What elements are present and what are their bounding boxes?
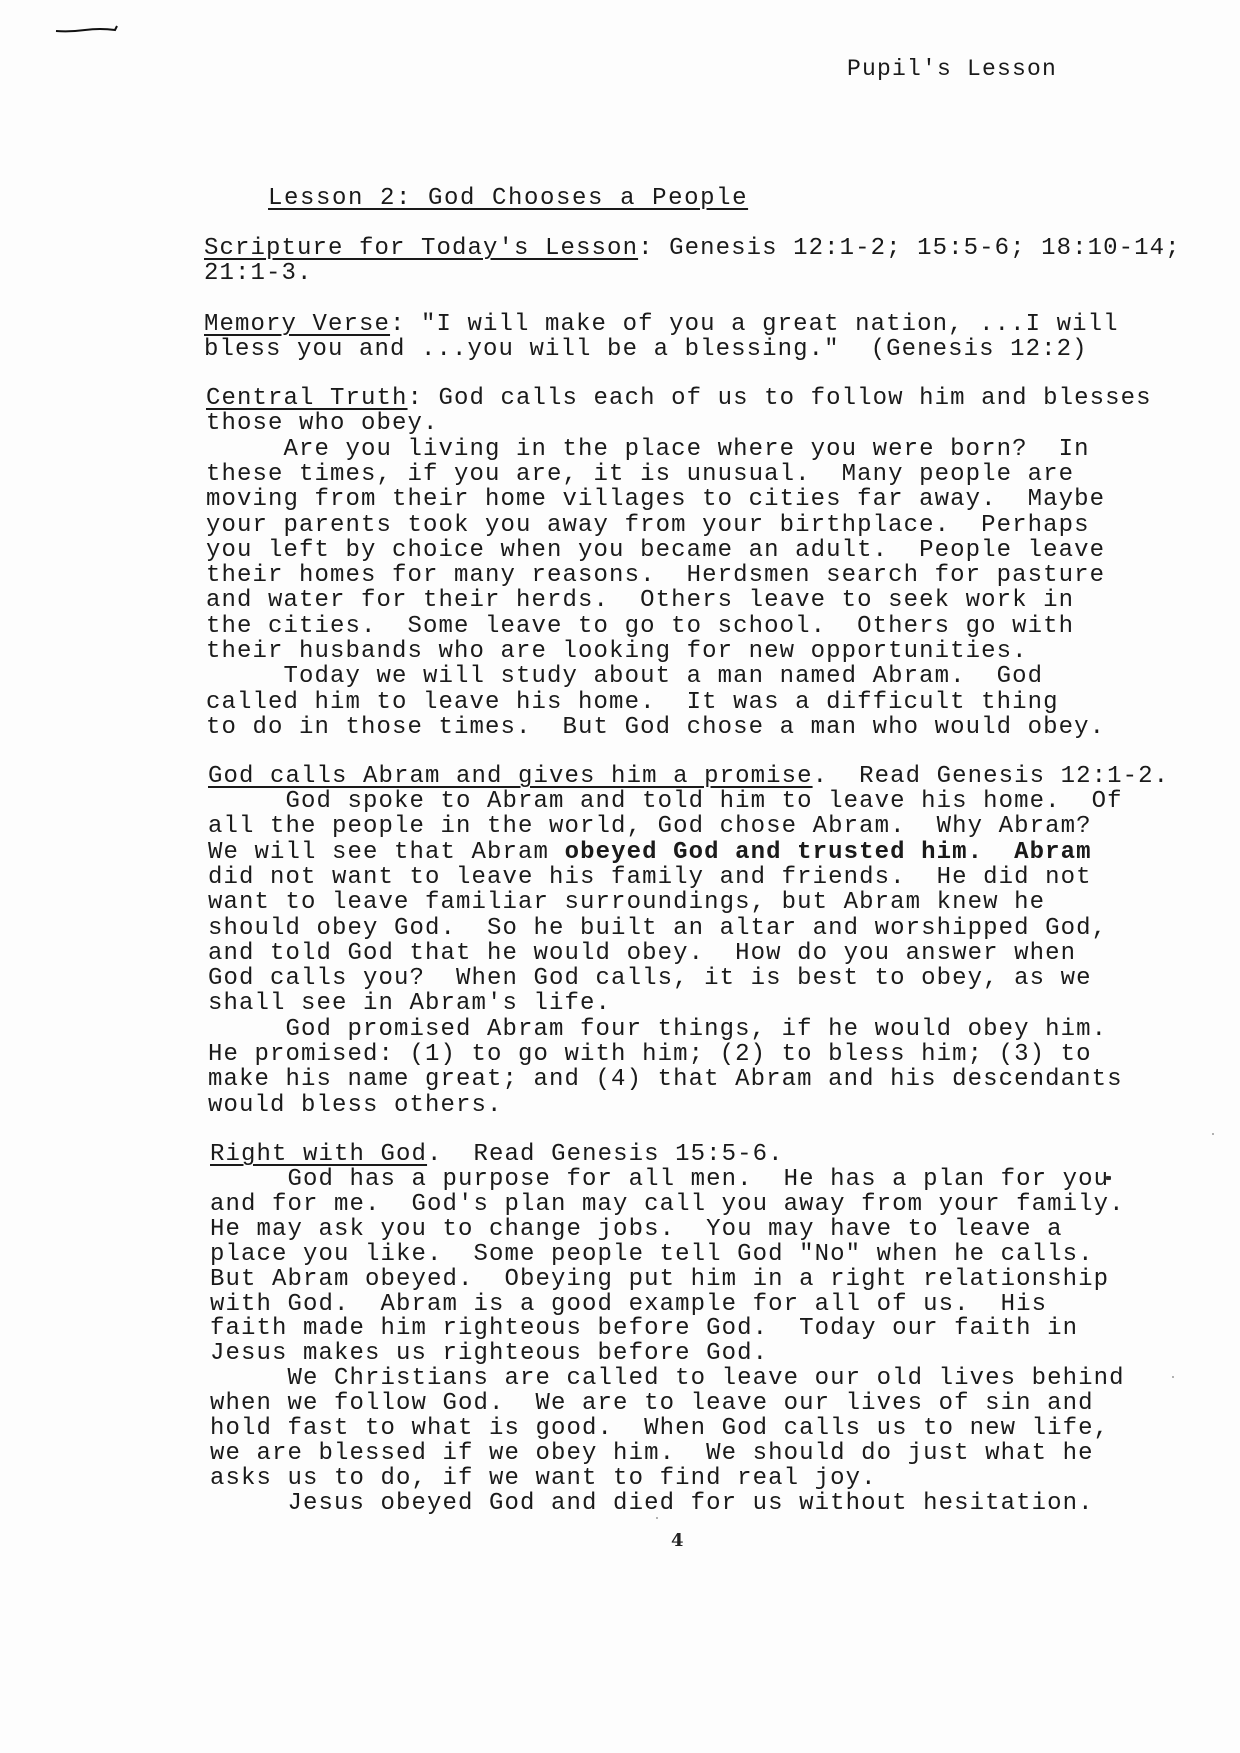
scripture-text: : Genesis 12:1-2; 15:5-6; 18:10-14; — [638, 235, 1181, 262]
scanned-page: Pupil's Lesson Lesson 2: God Chooses a P… — [0, 0, 1240, 1753]
section-promise-line: He promised: (1) to go with him; (2) to … — [208, 1042, 1092, 1067]
section-right-line: God has a purpose for all men. He has a … — [210, 1167, 1109, 1192]
scan-speck — [1106, 1176, 1111, 1180]
section-promise-line: all the people in the world, God chose A… — [208, 814, 1092, 839]
section-promise-line: God spoke to Abram and told him to leave… — [208, 789, 1123, 814]
memory-verse-text: : "I will make of you a great nation, ..… — [390, 311, 1119, 338]
section-promise-line: should obey God. So he built an altar an… — [208, 916, 1107, 941]
scan-speck — [1212, 1133, 1214, 1135]
section-promise-line: would bless others. — [208, 1093, 503, 1118]
section-promise-line: shall see in Abram's life. — [208, 991, 611, 1016]
section-right-line: we are blessed if we obey him. We should… — [210, 1441, 1094, 1466]
central-truth-line: the cities. Some leave to go to school. … — [206, 614, 1074, 639]
section-promise-line: did not want to leave his family and fri… — [208, 865, 1092, 890]
section-promise-line: God calls you? When God calls, it is bes… — [208, 966, 1092, 991]
central-truth-line: Today we will study about a man named Ab… — [206, 664, 1043, 689]
section-promise-line: want to leave familiar surroundings, but… — [208, 890, 1045, 915]
central-truth-line: and water for their herds. Others leave … — [206, 588, 1074, 613]
section-right-line: place you like. Some people tell God "No… — [210, 1242, 1094, 1267]
section-right-line: and for me. God's plan may call you away… — [210, 1192, 1125, 1217]
section-right-line: with God. Abram is a good example for al… — [210, 1292, 1047, 1317]
section-right-reading: . Read Genesis 15:5-6. — [427, 1141, 784, 1168]
lesson-title-line: Lesson 2: God Chooses a People — [204, 161, 748, 236]
section-right-line: Jesus makes us righteous before God. — [210, 1341, 768, 1366]
central-truth-line: their homes for many reasons. Herdsmen s… — [206, 563, 1105, 588]
section-promise-line: make his name great; and (4) that Abram … — [208, 1067, 1123, 1092]
central-truth-line: you left by choice when you became an ad… — [206, 538, 1105, 563]
central-truth-line: their husbands who are looking for new o… — [206, 639, 1028, 664]
section-right-line: Jesus obeyed God and died for us without… — [210, 1491, 1094, 1516]
central-truth-line: Are you living in the place where you we… — [206, 437, 1090, 462]
section-right-line: hold fast to what is good. When God call… — [210, 1416, 1109, 1441]
scripture-line-2: 21:1-3. — [204, 261, 313, 286]
section-promise-reading: . Read Genesis 12:1-2. — [813, 763, 1170, 790]
scan-speck — [656, 1517, 658, 1519]
section-right-line: But Abram obeyed. Obeying put him in a r… — [210, 1267, 1109, 1292]
section-promise-heading-line: God calls Abram and gives him a promise.… — [208, 764, 1169, 789]
section-right-line: asks us to do, if we want to find real j… — [210, 1466, 877, 1491]
section-right-line: He may ask you to change jobs. You may h… — [210, 1217, 1063, 1242]
scripture-line-1: Scripture for Today's Lesson: Genesis 12… — [204, 236, 1181, 261]
section-promise-heading: God calls Abram and gives him a promise — [208, 763, 813, 790]
central-truth-line: your parents took you away from your bir… — [206, 513, 1090, 538]
bold-emphasis: obeyed God and trusted him. Abram — [565, 839, 1092, 866]
section-right-line: faith made him righteous before God. Tod… — [210, 1316, 1078, 1341]
central-truth-line: called him to leave his home. It was a d… — [206, 690, 1059, 715]
memory-verse-line-1: Memory Verse: "I will make of you a grea… — [204, 312, 1119, 337]
central-truth-line: to do in those times. But God chose a ma… — [206, 715, 1105, 740]
pen-mark — [55, 24, 119, 34]
section-right-heading: Right with God — [210, 1141, 427, 1168]
section-right-line: We Christians are called to leave our ol… — [210, 1366, 1125, 1391]
central-truth-line: Central Truth: God calls each of us to f… — [206, 386, 1152, 411]
central-truth-line: moving from their home villages to citie… — [206, 487, 1105, 512]
running-head: Pupil's Lesson — [847, 57, 1057, 82]
section-promise-line: God promised Abram four things, if he wo… — [208, 1017, 1107, 1042]
page-number: 4 — [671, 1530, 684, 1551]
scan-speck — [1172, 1376, 1174, 1378]
section-promise-line: and told God that he would obey. How do … — [208, 941, 1076, 966]
memory-verse-label: Memory Verse — [204, 311, 390, 338]
central-truth-text: : God calls each of us to follow him and… — [408, 385, 1152, 412]
lesson-title: Lesson 2: God Chooses a People — [268, 185, 748, 212]
section-right-heading-line: Right with God. Read Genesis 15:5-6. — [210, 1142, 784, 1167]
line-text: We will see that Abram — [208, 839, 565, 866]
central-truth-label: Central Truth — [206, 385, 408, 412]
scripture-label: Scripture for Today's Lesson — [204, 235, 638, 262]
memory-verse-line-2: bless you and ...you will be a blessing.… — [204, 337, 1088, 362]
section-right-line: when we follow God. We are to leave our … — [210, 1391, 1094, 1416]
section-promise-line: We will see that Abram obeyed God and tr… — [208, 840, 1092, 865]
central-truth-line: those who obey. — [206, 411, 439, 436]
central-truth-line: these times, if you are, it is unusual. … — [206, 462, 1074, 487]
